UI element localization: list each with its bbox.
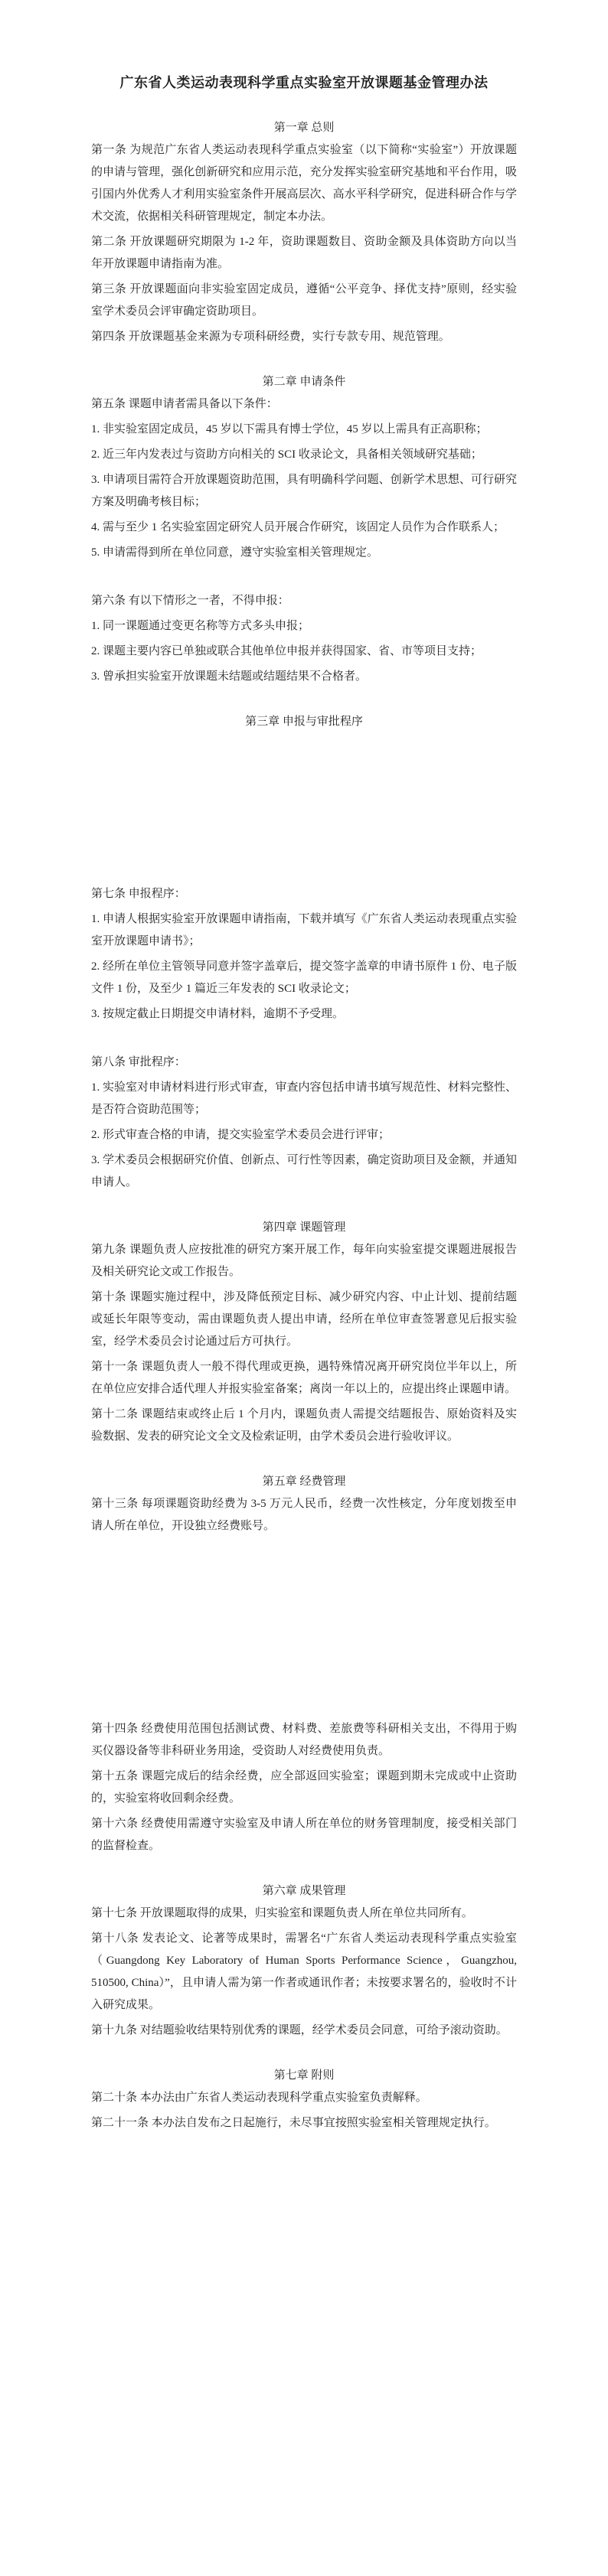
page-break-gap [91,1541,517,1718]
paragraph: 第十九条 对结题验收结果特别优秀的课题，经学术委员会同意，可给予滚动资助。 [91,2020,517,2042]
paragraph: 第十二条 课题结束或终止后 1 个月内，课题负责人需提交结题报告、原始资料及实验… [91,1404,517,1448]
paragraph: 第八条 审批程序： [91,1052,517,1074]
paragraph: 第六条 有以下情形之一者，不得申报： [91,590,517,612]
list-item: 3. 申请项目需符合开放课题资助范围，具有明确科学问题、创新学术思想、可行研究方… [91,469,517,514]
blank-line [91,1029,517,1052]
list-item: 3. 学术委员会根据研究价值、创新点、可行性等因素，确定资助项目及金额，并通知申… [91,1149,517,1194]
paragraph: 第十四条 经费使用范围包括测试费、材料费、差旅费等科研相关支出，不得用于购买仪器… [91,1718,517,1762]
chapter-heading-4: 第四章 课题管理 [91,1217,517,1239]
list-item: 2. 形式审查合格的申请，提交实验室学术委员会进行评审； [91,1124,517,1146]
paragraph: 第十七条 开放课题取得的成果，归实验室和课题负责人所在单位共同所有。 [91,1903,517,1925]
paragraph: 第十六条 经费使用需遵守实验室及申请人所在单位的财务管理制度，接受相关部门的监督… [91,1813,517,1857]
paragraph: 第十一条 课题负责人一般不得代理或更换，遇特殊情况离开研究岗位半年以上，所在单位… [91,1356,517,1400]
paragraph: 第十五条 课题完成后的结余经费，应全部返回实验室；课题到期未完成或中止资助的，实… [91,1766,517,1810]
chapter-heading-3: 第三章 申报与审批程序 [91,711,517,733]
list-item: 3. 曾承担实验室开放课题未结题或结题结果不合格者。 [91,666,517,688]
chapter-heading-6: 第六章 成果管理 [91,1880,517,1903]
list-item: 5. 申请需得到所在单位同意，遵守实验室相关管理规定。 [91,542,517,564]
paragraph: 第十八条 发表论文、论著等成果时，需署名“广东省人类运动表现科学重点实验室（Gu… [91,1928,517,2017]
chapter-heading-5: 第五章 经费管理 [91,1471,517,1493]
chapter-heading-2: 第二章 申请条件 [91,371,517,393]
paragraph: 第四条 开放课题基金来源为专项科研经费，实行专款专用、规范管理。 [91,326,517,348]
paragraph: 第十条 课题实施过程中，涉及降低预定目标、减少研究内容、中止计划、提前结题或延长… [91,1286,517,1353]
paragraph: 第七条 申报程序： [91,883,517,905]
paragraph: 第五条 课题申请者需具备以下条件： [91,393,517,416]
paragraph: 第二十条 本办法由广东省人类运动表现科学重点实验室负责解释。 [91,2087,517,2109]
list-item: 1. 同一课题通过变更名称等方式多头申报； [91,615,517,637]
document-title: 广东省人类运动表现科学重点实验室开放课题基金管理办法 [91,72,517,94]
list-item: 2. 近三年内发表过与资助方向相关的 SCI 收录论文，具备相关领域研究基础； [91,444,517,466]
list-item: 2. 课题主要内容已单独或联合其他单位申报并获得国家、省、市等项目支持； [91,641,517,663]
chapter-heading-1: 第一章 总则 [91,117,517,139]
document-body: 广东省人类运动表现科学重点实验室开放课题基金管理办法 第一章 总则 第一条 为规… [0,72,608,2134]
paragraph: 第九条 课题负责人应按批准的研究方案开展工作，每年向实验室提交课题进展报告及相关… [91,1239,517,1283]
chapter-heading-7: 第七章 附则 [91,2065,517,2087]
paragraph: 第三条 开放课题面向非实验室固定成员，遵循“公平竞争、择优支持”原则，经实验室学… [91,279,517,323]
page-break-gap [91,733,517,883]
list-item: 1. 申请人根据实验室开放课题申请指南，下载并填写《广东省人类运动表现重点实验室… [91,908,517,953]
document-page: { "page": { "background": "#ffffff", "te… [0,0,608,2576]
list-item: 3. 按规定截止日期提交申请材料，逾期不予受理。 [91,1003,517,1026]
list-item: 1. 实验室对申请材料进行形式审查，审查内容包括申请书填写规范性、材料完整性、是… [91,1077,517,1121]
paragraph: 第一条 为规范广东省人类运动表现科学重点实验室（以下简称“实验室”）开放课题的申… [91,139,517,228]
paragraph: 第二十一条 本办法自发布之日起施行，未尽事宜按照实验室相关管理规定执行。 [91,2112,517,2134]
paragraph: 第十三条 每项课题资助经费为 3-5 万元人民币，经费一次性核定，分年度划拨至申… [91,1493,517,1537]
list-item: 2. 经所在单位主管领导同意并签字盖章后，提交签字盖章的申请书原件 1 份、电子… [91,956,517,1000]
list-item: 4. 需与至少 1 名实验室固定研究人员开展合作研究，该固定人员作为合作联系人； [91,517,517,539]
list-item: 1. 非实验室固定成员，45 岁以下需具有博士学位，45 岁以上需具有正高职称； [91,419,517,441]
blank-line [91,567,517,590]
paragraph: 第二条 开放课题研究期限为 1-2 年，资助课题数目、资助金额及具体资助方向以当… [91,231,517,276]
